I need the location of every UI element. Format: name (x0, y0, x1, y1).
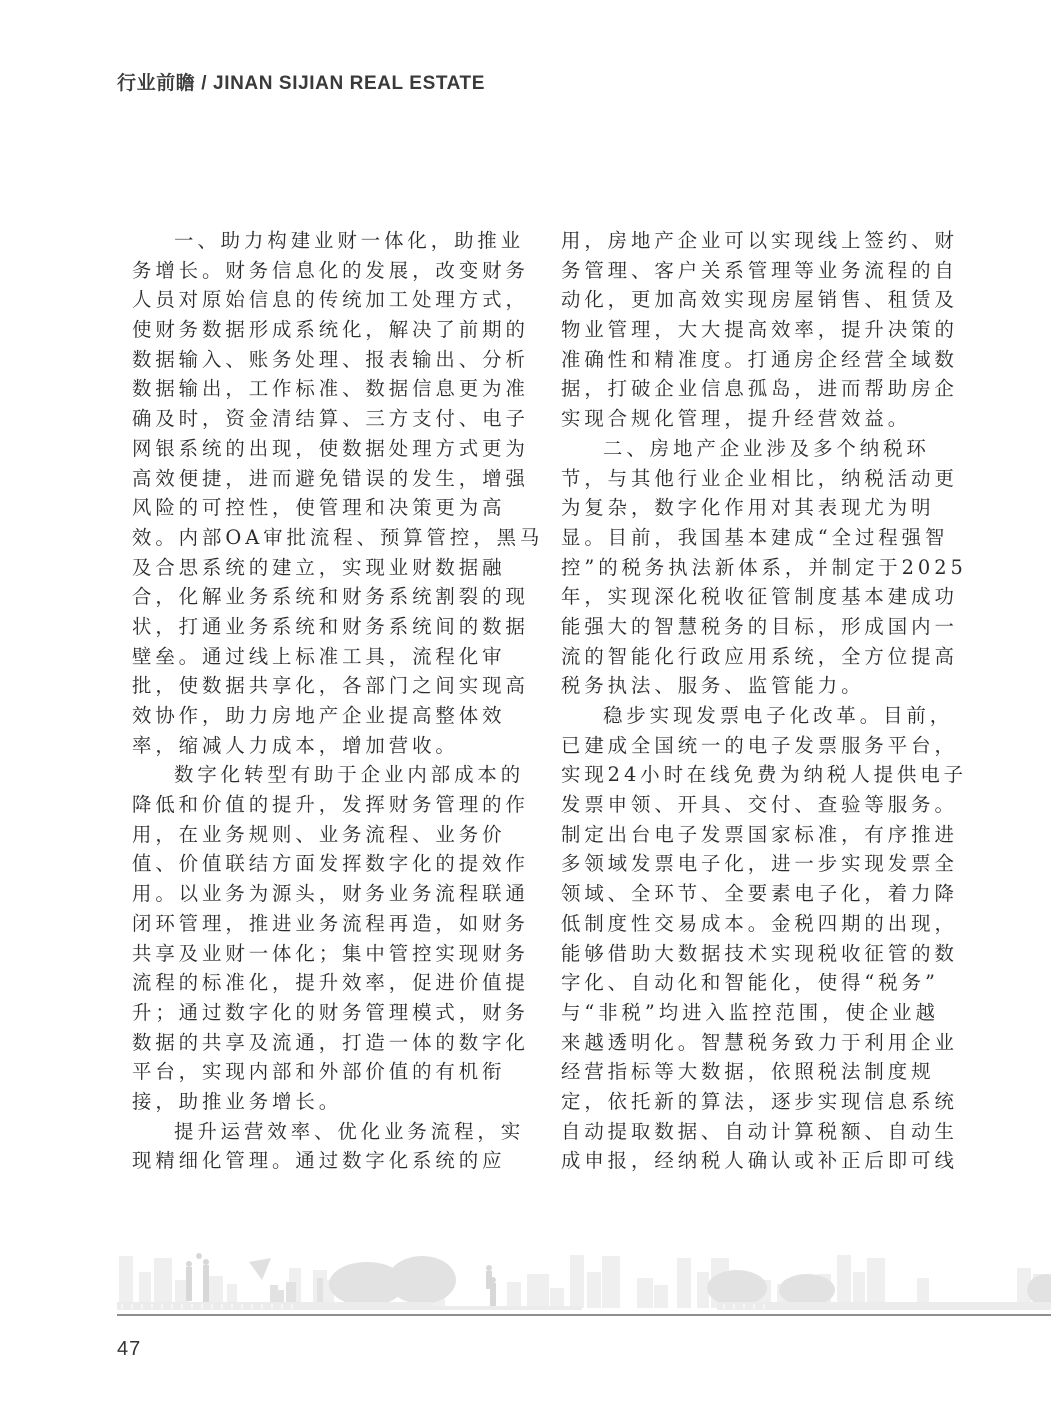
text-line: 降低和价值的提升，发挥财务管理的作 (132, 790, 510, 820)
text-line: 合，化解业务系统和财务系统割裂的现 (132, 582, 510, 612)
text-line: 人员对原始信息的传统加工处理方式， (132, 285, 510, 315)
text-line: 来越透明化。智慧税务致力于利用企业 (561, 1028, 939, 1058)
running-header: 行业前瞻 / JINAN SIJIAN REAL ESTATE (117, 68, 485, 95)
text-line: 实现24小时在线免费为纳税人提供电子 (561, 760, 939, 790)
right-text-column: 用，房地产企业可以实现线上签约、财务管理、客户关系管理等业务流程的自动化，更加高… (561, 226, 939, 1176)
text-line: 网银系统的出现，使数据处理方式更为 (132, 434, 510, 464)
text-line: 多领域发票电子化，进一步实现发票全 (561, 849, 939, 879)
text-line: 用。以业务为源头，财务业务流程联通 (132, 879, 510, 909)
text-line: 能强大的智慧税务的目标，形成国内一 (561, 612, 939, 642)
text-line: 风险的可控性，使管理和决策更为高 (132, 493, 510, 523)
text-line: 领域、全环节、全要素电子化，着力降 (561, 879, 939, 909)
text-line: 率，缩减人力成本，增加营收。 (132, 731, 510, 761)
text-line: 物业管理，大大提高效率，提升决策的 (561, 315, 939, 345)
text-line: 已建成全国统一的电子发票服务平台， (561, 731, 939, 761)
text-line: 准确性和精准度。打通房企经营全域数 (561, 345, 939, 375)
text-line: 与“非税”均进入监控范围，使企业越 (561, 998, 939, 1028)
text-line: 效。内部OA审批流程、预算管控，黑马 (132, 523, 510, 553)
text-line: 升；通过数字化的财务管理模式，财务 (132, 998, 510, 1028)
text-line: 数据输出，工作标准、数据信息更为准 (132, 374, 510, 404)
text-line: 用，房地产企业可以实现线上签约、财 (561, 226, 939, 256)
text-line: 流的智能化行政应用系统，全方位提高 (561, 642, 939, 672)
text-line: 接，助推业务增长。 (132, 1087, 510, 1117)
text-line: 一、助力构建业财一体化，助推业 (132, 226, 510, 256)
text-line: 值、价值联结方面发挥数字化的提效作 (132, 849, 510, 879)
text-line: 稳步实现发票电子化改革。目前， (561, 701, 939, 731)
text-line: 效协作，助力房地产企业提高整体效 (132, 701, 510, 731)
text-line: 低制度性交易成本。金税四期的出现， (561, 909, 939, 939)
text-line: 经营指标等大数据，依照税法制度规 (561, 1057, 939, 1087)
page-number: 47 (117, 1338, 141, 1361)
text-line: 共享及业财一体化；集中管控实现财务 (132, 939, 510, 969)
text-line: 确及时，资金清结算、三方支付、电子 (132, 404, 510, 434)
text-line: 二、房地产企业涉及多个纳税环 (561, 434, 939, 464)
text-line: 数据输入、账务处理、报表输出、分析 (132, 345, 510, 375)
text-line: 现精细化管理。通过数字化系统的应 (132, 1146, 510, 1176)
text-line: 平台，实现内部和外部价值的有机衔 (132, 1057, 510, 1087)
text-line: 自动提取数据、自动计算税额、自动生 (561, 1117, 939, 1147)
text-line: 显。目前，我国基本建成“全过程强智 (561, 523, 939, 553)
text-line: 税务执法、服务、监管能力。 (561, 671, 939, 701)
text-line: 务增长。财务信息化的发展，改变财务 (132, 256, 510, 286)
text-line: 数据的共享及流通，打造一体的数字化 (132, 1028, 510, 1058)
text-line: 制定出台电子发票国家标准，有序推进 (561, 820, 939, 850)
text-line: 动化，更加高效实现房屋销售、租赁及 (561, 285, 939, 315)
text-line: 务管理、客户关系管理等业务流程的自 (561, 256, 939, 286)
text-line: 提升运营效率、优化业务流程，实 (132, 1117, 510, 1147)
text-line: 用，在业务规则、业务流程、业务价 (132, 820, 510, 850)
text-line: 控”的税务执法新体系，并制定于2025 (561, 553, 939, 583)
text-line: 节，与其他行业企业相比，纳税活动更 (561, 464, 939, 494)
text-line: 状，打通业务系统和财务系统间的数据 (132, 612, 510, 642)
text-line: 据，打破企业信息孤岛，进而帮助房企 (561, 374, 939, 404)
text-line: 壁垒。通过线上标准工具，流程化审 (132, 642, 510, 672)
city-skyline-illustration (117, 1250, 1051, 1320)
text-line: 实现合规化管理，提升经营效益。 (561, 404, 939, 434)
text-line: 成申报，经纳税人确认或补正后即可线 (561, 1146, 939, 1176)
left-text-column: 一、助力构建业财一体化，助推业务增长。财务信息化的发展，改变财务人员对原始信息的… (132, 226, 510, 1176)
text-line: 定，依托新的算法，逐步实现信息系统 (561, 1087, 939, 1117)
footer-divider (117, 1314, 1051, 1316)
text-line: 流程的标准化，提升效率，促进价值提 (132, 968, 510, 998)
text-line: 批，使数据共享化，各部门之间实现高 (132, 671, 510, 701)
text-line: 为复杂，数字化作用对其表现尤为明 (561, 493, 939, 523)
text-line: 数字化转型有助于企业内部成本的 (132, 760, 510, 790)
text-line: 能够借助大数据技术实现税收征管的数 (561, 939, 939, 969)
text-line: 发票申领、开具、交付、查验等服务。 (561, 790, 939, 820)
text-line: 闭环管理，推进业务流程再造，如财务 (132, 909, 510, 939)
text-line: 使财务数据形成系统化，解决了前期的 (132, 315, 510, 345)
text-line: 年，实现深化税收征管制度基本建成功 (561, 582, 939, 612)
text-line: 及合思系统的建立，实现业财数据融 (132, 553, 510, 583)
text-line: 高效便捷，进而避免错误的发生，增强 (132, 464, 510, 494)
text-line: 字化、自动化和智能化，使得“税务” (561, 968, 939, 998)
